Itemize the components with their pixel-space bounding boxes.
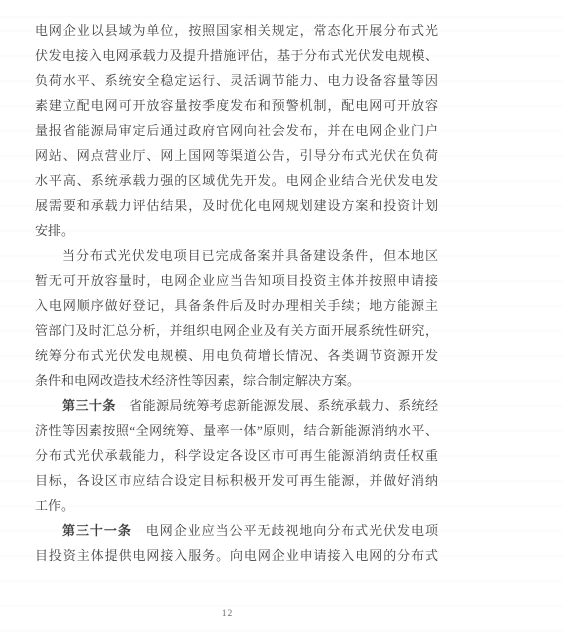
document-line: 展需要和承载力评估结果，及时优化电网规划建设方案和投资计划: [35, 193, 438, 218]
document-line: 目投资主体提供电网接入服务。向电网企业申请接入电网的分布式: [35, 543, 438, 568]
document-line: 条件和电网改造技术经济性等因素，综合制定解决方案。: [35, 368, 438, 393]
page-number: 12: [222, 609, 234, 619]
document-line: 负荷水平、系统安全稳定运行、灵活调节能力、电力设备容量等因: [35, 68, 438, 93]
page-footer: 12: [35, 603, 420, 621]
document-line: 量报省能源局审定后通过政府官网向社会发布，并在电网企业门户: [35, 118, 438, 143]
document-line: 电网企业以县域为单位，按照国家相关规定，常态化开展分布式光: [35, 18, 438, 43]
document-line: 网站、网点营业厅、网上国网等渠道公告，引导分布式光伏在负荷: [35, 143, 438, 168]
document-line: 目标，各设区市应结合设定目标积极开发可再生能源，并做好消纳: [35, 468, 438, 493]
document-line: 济性等因素按照“全网统筹、量率一体”原则，结合新能源消纳水平、: [35, 418, 438, 443]
article-number-31: 第三十一条: [62, 523, 132, 538]
document-line: 管部门及时汇总分析，并组织电网企业及有关方面开展系统性研究，: [35, 318, 438, 343]
line-text: 电网企业应当公平无歧视地向分布式光伏发电项: [132, 523, 438, 538]
document-line: 暂无可开放容量时，电网企业应当告知项目投资主体并按照申请接: [35, 268, 438, 293]
document-line: 素建立配电网可开放容量按季度发布和预警机制，配电网可开放容: [35, 93, 438, 118]
document-line: 伏发电接入电网承载力及提升措施评估，基于分布式光伏发电规模、: [35, 43, 438, 68]
document-page: 电网企业以县域为单位，按照国家相关规定，常态化开展分布式光 伏发电接入电网承载力…: [0, 0, 563, 639]
document-line: 分布式光伏承载能力，科学设定各设区市可再生能源消纳责任权重: [35, 443, 438, 468]
document-line: 当分布式光伏发电项目已完成备案并具备建设条件，但本地区: [35, 243, 438, 268]
document-text-block: 电网企业以县域为单位，按照国家相关规定，常态化开展分布式光 伏发电接入电网承载力…: [35, 18, 438, 568]
article-number-30: 第三十条: [62, 398, 116, 413]
document-line: 统筹分布式光伏发电规模、用电负荷增长情况、各类调节资源开发: [35, 343, 438, 368]
document-line: 第三十条 省能源局统筹考虑新能源发展、系统承载力、系统经: [35, 393, 438, 418]
document-line: 工作。: [35, 493, 438, 518]
document-line: 入电网顺序做好登记，具备条件后及时办理相关手续；地方能源主: [35, 293, 438, 318]
document-line: 水平高、系统承载力强的区域优先开发。电网企业结合光伏发电发: [35, 168, 438, 193]
document-line: 安排。: [35, 218, 438, 243]
line-text: 省能源局统筹考虑新能源发展、系统承载力、系统经: [116, 398, 438, 413]
document-line: 第三十一条 电网企业应当公平无歧视地向分布式光伏发电项: [35, 518, 438, 543]
